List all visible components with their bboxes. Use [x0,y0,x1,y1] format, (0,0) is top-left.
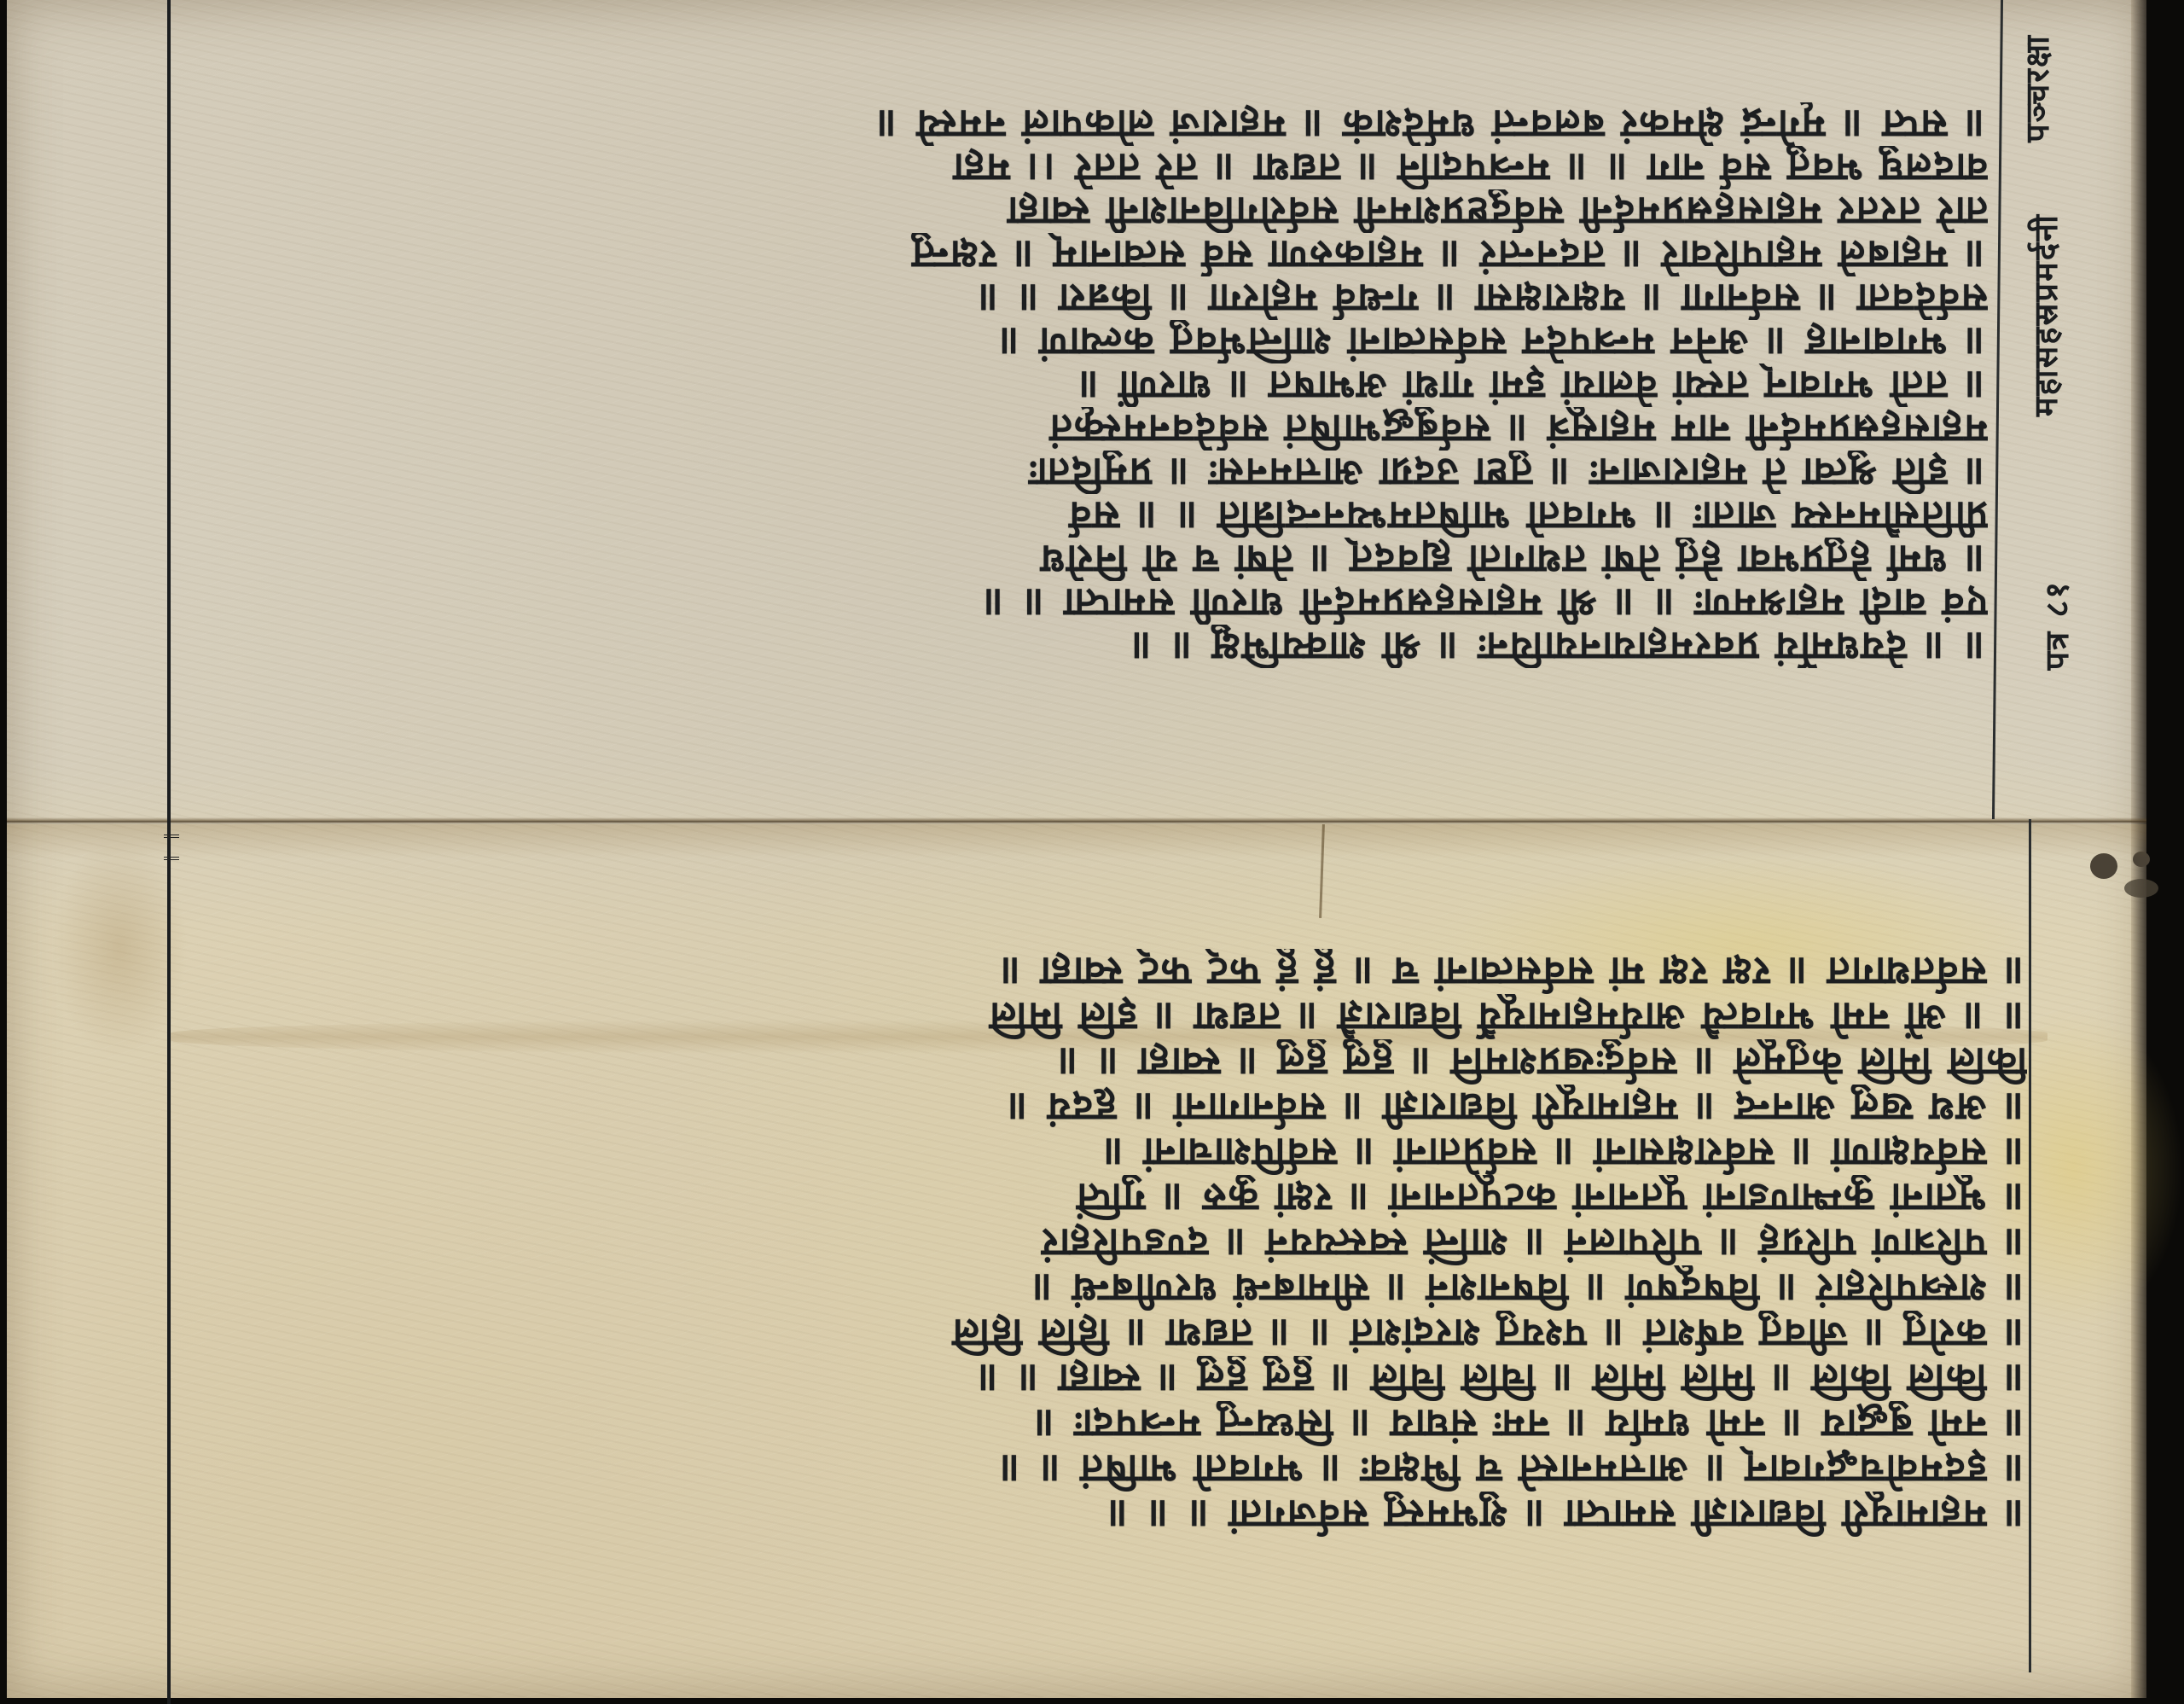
text-line: ॥ नमो बुद्धाय ॥ नमो धर्माय ॥ नमः संघाय ॥… [167,1401,2027,1446]
text-line: ॥ सप्त ॥ मृगेन्द्रं क्षेमकरं बलवन्तं धर्… [171,102,1988,146]
text-line: ॥ धर्मा हेतुप्रभवा हेतुं तेषां तथागतो ह्… [171,538,1988,581]
text-line: ॥ भगवानाह ॥ अनेन मन्त्रपदेन सर्वसत्वानां… [171,320,1988,363]
text-line: वादलघु भवतु सर्व नाग ॥ ॥ मन्त्रपदानि ॥ त… [171,146,1988,189]
upper-text-block: ॥ सप्त ॥ मृगेन्द्रं क्षेमकरं बलवन्तं धर्… [171,102,1988,668]
text-line: ॥ करोतु ॥ जीवतु वर्षशतं ॥ पश्यतु शरदांशत… [167,1311,2027,1356]
margin-caption-subtitle: महासहस्रप्रमर्दनी [2024,213,2068,416]
lower-text-block: ॥ सर्वतथागत ॥ रक्ष रक्ष मां सर्वसत्वानां… [167,949,2027,1537]
text-line: ॥ परित्राणं परिग्रहं ॥ परिपालनं ॥ शान्ति… [167,1220,2027,1265]
text-line: ॥ सर्वयक्षाणां ॥ सर्वराक्षसानां ॥ सर्वप्… [167,1130,2027,1175]
margin-caption-folio: पत्र ८१ [2035,580,2079,670]
text-line: सर्वदेवता ॥ सर्वनागा ॥ यक्षराक्षसा ॥ गन्… [171,276,1988,320]
text-line: ॥ इदमवोचद्भगवान् ॥ आत्तमनास्ते च भिक्षवः… [167,1446,2027,1492]
fold-shadow [7,824,2146,858]
margin-caption-title: पञ्चरक्षा [2015,34,2059,142]
right-margin-rule-lower [2029,819,2031,1672]
text-line: ॥ भूतानां कुम्भाण्डानां पूतनानां कटपूतना… [167,1175,2027,1220]
text-line: प्रीतिसौमनस्य जाताः ॥ भगवतो भाषितमभ्यनन्… [171,494,1988,538]
text-line: ॥ इति श्रुत्वा ते महाराजानः ॥ तुष्टा उदग… [171,451,1988,494]
text-line: ॥ महाबले महापरिवारे ॥ तदनन्तरं ॥ महाकरुण… [171,233,1988,276]
margin-rule-knot [164,835,179,860]
text-line: ॥ ततो भगवान् तस्यां वेलायां इमां गाथां अ… [171,363,1988,407]
text-line: ॥ सर्वतथागत ॥ रक्ष रक्ष मां सर्वसत्वानां… [167,949,2027,994]
manuscript-photo: पञ्चरक्षा महासहस्रप्रमर्दनी पत्र ८१ ॥ सप… [0,0,2184,1704]
text-line: महासहस्रप्रमर्दनी नाम महासूत्रं ॥ सर्वबु… [171,407,1988,451]
text-line: किलि मिलि केतुमूले ॥ सर्वदुःखप्रशमनि ॥ ह… [167,1039,2027,1085]
horizontal-fold-line [7,817,2146,824]
ink-blot [2124,879,2158,898]
text-line: ॥ ॥ ओं नमो भगवत्यै आर्यमहामायूर्यै विद्य… [167,994,2027,1039]
text-line: ॥ महामायूरी विद्याराज्ञी समाप्ता ॥ शुभमस… [167,1492,2027,1537]
text-line: ॥ ॥ देयधर्मोयं प्रवरमहायानयायिनः ॥ श्री … [171,625,1988,668]
text-line: तारे तरतर महासहस्रप्रमर्दनी सर्वदुष्टप्र… [171,189,1988,233]
text-line: ॥ किलि किलि ॥ मिलि मिलि ॥ चिलि चिलि ॥ हु… [167,1356,2027,1401]
text-line: एवं वादी महाश्रमणः ॥ ॥ श्री महासहस्रप्रम… [171,581,1988,625]
text-line: ॥ शस्त्रपरिहारं ॥ विषदूषणं ॥ विषनाशनं ॥ … [167,1265,2027,1311]
text-line: ॥ अथ खलु आनन्द ॥ महामायूरी विद्याराज्ञी … [167,1085,2027,1130]
